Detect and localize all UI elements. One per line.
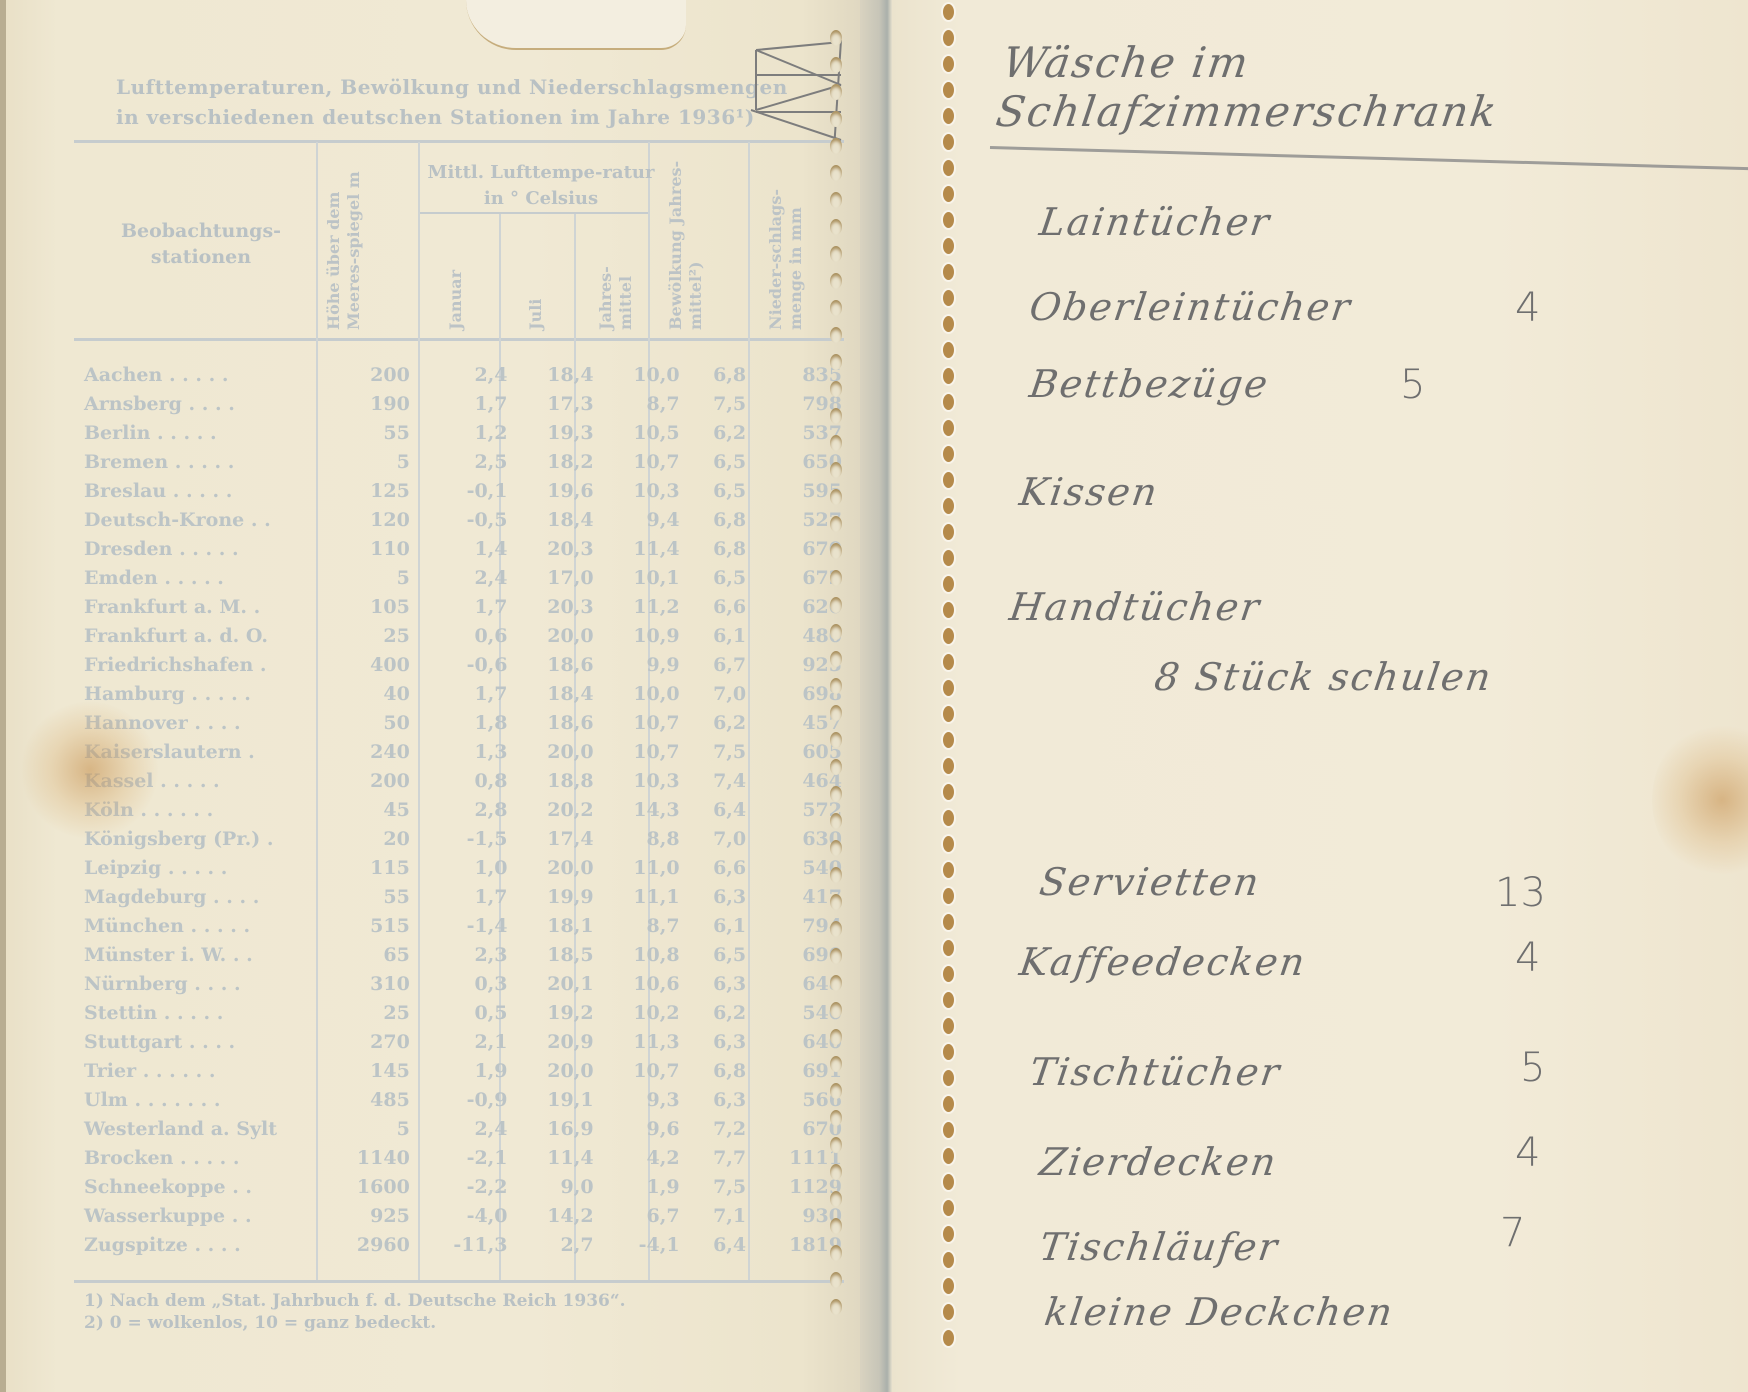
perforation-hole: [943, 1174, 954, 1190]
perforation-hole: [830, 975, 842, 991]
perforation-hole: [830, 651, 842, 667]
july-cell: 9,0: [514, 1172, 600, 1201]
january-cell: 0,5: [416, 998, 514, 1027]
elevation-cell: 110: [320, 534, 416, 563]
list-item: Kaffeedecken: [1017, 940, 1309, 984]
annual-mean-cell: 4,2: [600, 1143, 686, 1172]
perforation-hole: [830, 1029, 842, 1045]
station-cell: Nürnberg . . . .: [78, 969, 320, 998]
perforation-hole: [830, 192, 842, 208]
perforation-hole: [943, 836, 954, 852]
july-cell: 19,3: [514, 418, 600, 447]
elevation-cell: 115: [320, 853, 416, 882]
station-cell: Frankfurt a. M. .: [78, 592, 320, 621]
perforation-hole: [830, 624, 842, 640]
perforation-hole: [943, 888, 954, 904]
july-cell: 18,6: [514, 650, 600, 679]
cloudiness-cell: 6,3: [686, 969, 753, 998]
elevation-cell: 65: [320, 940, 416, 969]
july-cell: 18,4: [514, 505, 600, 534]
perforation-hole: [830, 786, 842, 802]
annual-mean-cell: 10,0: [600, 679, 686, 708]
perforation-hole: [830, 462, 842, 478]
january-cell: 2,4: [416, 1114, 514, 1143]
table-row: Nürnberg . . . .3100,320,110,66,3648: [78, 969, 848, 998]
perforation-hole: [943, 992, 954, 1008]
table-row: Frankfurt a. M. .1051,720,311,26,6620: [78, 592, 848, 621]
annual-mean-cell: 11,0: [600, 853, 686, 882]
list-item-qty: 4: [1515, 935, 1540, 981]
table-row: Frankfurt a. d. O.250,620,010,96,1480: [78, 621, 848, 650]
station-cell: Breslau . . . . .: [78, 476, 320, 505]
annual-mean-cell: 11,4: [600, 534, 686, 563]
elevation-cell: 925: [320, 1201, 416, 1230]
perforation-hole: [943, 4, 954, 20]
perforation-hole: [943, 212, 954, 228]
january-cell: 1,7: [416, 592, 514, 621]
header-annual-mean: Jahres-mittel: [596, 230, 636, 330]
perforation-hole: [830, 1218, 842, 1234]
july-cell: 19,6: [514, 476, 600, 505]
perforation-hole: [943, 1226, 954, 1242]
perforation-hole: [830, 111, 842, 127]
january-cell: 1,3: [416, 737, 514, 766]
perforation-hole: [830, 867, 842, 883]
july-cell: 19,2: [514, 998, 600, 1027]
perforation-hole: [943, 1044, 954, 1060]
cloudiness-cell: 7,2: [686, 1114, 753, 1143]
annual-mean-cell: 9,9: [600, 650, 686, 679]
perforation-hole: [830, 300, 842, 316]
footnote-1: 1) Nach dem „Stat. Jahrbuch f. d. Deutsc…: [84, 1290, 626, 1312]
elevation-cell: 200: [320, 360, 416, 389]
perforation-hole: [943, 1252, 954, 1268]
footnote-2: 2) 0 = wolkenlos, 10 = ganz bedeckt.: [84, 1312, 626, 1334]
elevation-cell: 515: [320, 911, 416, 940]
january-cell: -1,5: [416, 824, 514, 853]
elevation-cell: 55: [320, 882, 416, 911]
perforation-hole: [943, 238, 954, 254]
perforation-hole: [943, 316, 954, 332]
january-cell: 1,0: [416, 853, 514, 882]
table-row: Breslau . . . . .125-0,119,610,36,5595: [78, 476, 848, 505]
station-cell: Trier . . . . . .: [78, 1056, 320, 1085]
perforation-hole: [943, 56, 954, 72]
perforation-hole: [943, 1096, 954, 1112]
perforation-hole: [943, 966, 954, 982]
cloudiness-cell: 6,1: [686, 621, 753, 650]
perforation-hole: [943, 186, 954, 202]
cloudiness-cell: 6,3: [686, 882, 753, 911]
header-top-rule: [74, 140, 844, 143]
perforation-hole: [830, 894, 842, 910]
elevation-cell: 240: [320, 737, 416, 766]
perforation-hole: [943, 602, 954, 618]
table-row: Emden . . . . .52,417,010,16,5672: [78, 563, 848, 592]
cloudiness-cell: 7,0: [686, 824, 753, 853]
list-item: Kissen: [1017, 470, 1162, 514]
cloudiness-cell: 6,5: [686, 563, 753, 592]
annual-mean-cell: -4,1: [600, 1230, 686, 1259]
annual-mean-cell: 14,3: [600, 795, 686, 824]
july-cell: 17,3: [514, 389, 600, 418]
elevation-cell: 25: [320, 621, 416, 650]
perforation-hole: [943, 368, 954, 384]
perforation-right: [940, 0, 956, 1392]
july-cell: 18,2: [514, 447, 600, 476]
perforation-hole: [830, 921, 842, 937]
perforation-hole: [830, 840, 842, 856]
perforation-hole: [943, 160, 954, 176]
annual-mean-cell: 11,2: [600, 592, 686, 621]
january-cell: -0,1: [416, 476, 514, 505]
table-title-line-2: in verschiedenen deutschen Stationen im …: [116, 102, 836, 132]
perforation-hole: [943, 628, 954, 644]
elevation-cell: 400: [320, 650, 416, 679]
station-cell: Wasserkuppe . .: [78, 1201, 320, 1230]
perforation-hole: [943, 732, 954, 748]
list-item-qty: 13: [1495, 870, 1546, 916]
january-cell: 2,3: [416, 940, 514, 969]
station-cell: München . . . . .: [78, 911, 320, 940]
header-elevation: Höhe über dem Meeres-spiegel m: [324, 160, 364, 330]
perforation-hole: [830, 435, 842, 451]
july-cell: 20,3: [514, 592, 600, 621]
list-item: Handtücher: [1007, 585, 1264, 629]
table-row: Dresden . . . . .1101,420,311,46,8670: [78, 534, 848, 563]
elevation-cell: 485: [320, 1085, 416, 1114]
list-item: 8 Stück schulen: [1152, 655, 1495, 699]
elevation-cell: 1600: [320, 1172, 416, 1201]
perforation-hole: [830, 354, 842, 370]
left-page: Lufttemperaturen, Bewölkung und Niedersc…: [0, 0, 870, 1392]
elevation-cell: 45: [320, 795, 416, 824]
cloudiness-cell: 6,5: [686, 447, 753, 476]
perforation-hole: [943, 810, 954, 826]
july-cell: 18,5: [514, 940, 600, 969]
elevation-cell: 2960: [320, 1230, 416, 1259]
july-cell: 17,4: [514, 824, 600, 853]
elevation-cell: 105: [320, 592, 416, 621]
annual-mean-cell: 9,6: [600, 1114, 686, 1143]
annual-mean-cell: 10,3: [600, 476, 686, 505]
annual-mean-cell: 10,2: [600, 998, 686, 1027]
july-cell: 18,4: [514, 679, 600, 708]
station-cell: Emden . . . . .: [78, 563, 320, 592]
cloudiness-cell: 7,1: [686, 1201, 753, 1230]
perforation-hole: [830, 678, 842, 694]
cloudiness-cell: 7,5: [686, 737, 753, 766]
cloudiness-cell: 6,1: [686, 911, 753, 940]
july-cell: 18,8: [514, 766, 600, 795]
elevation-cell: 40: [320, 679, 416, 708]
list-item: Oberleintücher: [1027, 285, 1355, 329]
perforation-hole: [943, 1304, 954, 1320]
elevation-cell: 125: [320, 476, 416, 505]
station-cell: Aachen . . . . .: [78, 360, 320, 389]
perforation-hole: [943, 550, 954, 566]
elevation-cell: 5: [320, 447, 416, 476]
table-row: Stuttgart . . . .2702,120,911,36,3640: [78, 1027, 848, 1056]
perforation-hole: [830, 1299, 842, 1315]
station-cell: Magdeburg . . . .: [78, 882, 320, 911]
january-cell: 2,4: [416, 360, 514, 389]
list-item: Tischtücher: [1027, 1050, 1284, 1094]
table-row: Ulm . . . . . . .485-0,919,19,36,3566: [78, 1085, 848, 1114]
table-row: Deutsch-Krone . .120-0,518,49,46,8527: [78, 505, 848, 534]
perforation-hole: [830, 165, 842, 181]
elevation-cell: 310: [320, 969, 416, 998]
list-item-qty: 4: [1515, 285, 1540, 331]
january-cell: 0,8: [416, 766, 514, 795]
july-cell: 20,2: [514, 795, 600, 824]
perforation-hole: [943, 134, 954, 150]
station-cell: Dresden . . . . .: [78, 534, 320, 563]
perforation-hole: [943, 472, 954, 488]
cloudiness-cell: 7,5: [686, 1172, 753, 1201]
july-cell: 17,0: [514, 563, 600, 592]
perforation-hole: [830, 1083, 842, 1099]
station-cell: Leipzig . . . . .: [78, 853, 320, 882]
table-row: Kaiserslautern .2401,320,010,77,5605: [78, 737, 848, 766]
perforation-hole: [830, 597, 842, 613]
handwritten-heading: Wäsche im Schlafzimmerschrank: [993, 38, 1748, 136]
table-row: Hamburg . . . . .401,718,410,07,0698: [78, 679, 848, 708]
list-item: Bettbezüge: [1027, 362, 1272, 406]
july-cell: 2,7: [514, 1230, 600, 1259]
list-item: kleine Deckchen: [1042, 1290, 1397, 1334]
table-row: Königsberg (Pr.) .20-1,517,48,87,0630: [78, 824, 848, 853]
perforation-hole: [830, 705, 842, 721]
annual-mean-cell: 10,6: [600, 969, 686, 998]
july-cell: 18,6: [514, 708, 600, 737]
cloudiness-cell: 6,5: [686, 940, 753, 969]
cloudiness-cell: 6,3: [686, 1027, 753, 1056]
table-row: Kassel . . . . .2000,818,810,37,4464: [78, 766, 848, 795]
list-item: Tischläufer: [1037, 1225, 1282, 1269]
perforation-hole: [830, 30, 842, 46]
cloudiness-cell: 6,4: [686, 795, 753, 824]
annual-mean-cell: 8,7: [600, 389, 686, 418]
annual-mean-cell: 10,7: [600, 737, 686, 766]
station-cell: Berlin . . . . .: [78, 418, 320, 447]
perforation-hole: [830, 1245, 842, 1261]
cloudiness-cell: 6,3: [686, 1085, 753, 1114]
elevation-cell: 270: [320, 1027, 416, 1056]
table-row: Stettin . . . . .250,519,210,26,2540: [78, 998, 848, 1027]
january-cell: 1,7: [416, 389, 514, 418]
january-cell: -1,4: [416, 911, 514, 940]
cloudiness-cell: 7,7: [686, 1143, 753, 1172]
perforation-hole: [943, 446, 954, 462]
january-cell: 1,7: [416, 882, 514, 911]
station-cell: Brocken . . . . .: [78, 1143, 320, 1172]
table-row: Arnsberg . . . .1901,717,38,77,5798: [78, 389, 848, 418]
adhesive-tape: [466, 0, 686, 50]
annual-mean-cell: 10,0: [600, 360, 686, 389]
header-precipitation: Nieder-schlags-menge in mm: [766, 160, 806, 330]
perforation-hole: [830, 246, 842, 262]
perforation-hole: [943, 1070, 954, 1086]
station-cell: Schneekoppe . .: [78, 1172, 320, 1201]
perforation-hole: [943, 108, 954, 124]
perforation-hole: [943, 1200, 954, 1216]
perforation-hole: [830, 138, 842, 154]
perforation-hole: [943, 394, 954, 410]
january-cell: 1,4: [416, 534, 514, 563]
annual-mean-cell: 10,9: [600, 621, 686, 650]
elevation-cell: 20: [320, 824, 416, 853]
perforation-hole: [943, 1278, 954, 1294]
annual-mean-cell: 8,8: [600, 824, 686, 853]
july-cell: 18,1: [514, 911, 600, 940]
annual-mean-cell: 10,5: [600, 418, 686, 447]
header-temperature-group: Mittl. Lufttempe-ratur in ° Celsius: [426, 160, 656, 212]
climate-table: Aachen . . . . .2002,418,410,06,8835Arns…: [78, 360, 848, 1259]
perforation-hole: [943, 420, 954, 436]
elevation-cell: 1140: [320, 1143, 416, 1172]
perforation-hole: [943, 342, 954, 358]
header-january: Januar: [446, 230, 466, 330]
table-row: Brocken . . . . .1140-2,111,44,27,71111: [78, 1143, 848, 1172]
july-cell: 19,9: [514, 882, 600, 911]
perforation-hole: [943, 1122, 954, 1138]
annual-mean-cell: 1,9: [600, 1172, 686, 1201]
july-cell: 20,0: [514, 621, 600, 650]
perforation-hole: [830, 408, 842, 424]
perforation-hole: [830, 732, 842, 748]
perforation-hole: [830, 1191, 842, 1207]
station-cell: Zugspitze . . . .: [78, 1230, 320, 1259]
footnotes: 1) Nach dem „Stat. Jahrbuch f. d. Deutsc…: [84, 1290, 626, 1334]
july-cell: 14,2: [514, 1201, 600, 1230]
foxing-stain: [1652, 720, 1748, 880]
elevation-cell: 5: [320, 1114, 416, 1143]
header-stations: Beobachtungs-stationen: [96, 218, 306, 270]
book-spine: [860, 0, 892, 1392]
table-row: Köln . . . . . .452,820,214,36,4572: [78, 795, 848, 824]
perforation-hole: [830, 57, 842, 73]
annual-mean-cell: 10,3: [600, 766, 686, 795]
list-item-qty: 4: [1515, 1130, 1540, 1176]
table-row: Wasserkuppe . .925-4,014,26,77,1930: [78, 1201, 848, 1230]
station-cell: Bremen . . . . .: [78, 447, 320, 476]
july-cell: 20,0: [514, 1056, 600, 1085]
list-item-qty: 7: [1500, 1210, 1525, 1256]
perforation-hole: [943, 758, 954, 774]
cloudiness-cell: 6,2: [686, 998, 753, 1027]
cloudiness-cell: 6,7: [686, 650, 753, 679]
perforation-hole: [830, 1272, 842, 1288]
notebook-spread: Lufttemperaturen, Bewölkung und Niedersc…: [0, 0, 1748, 1392]
table-row: Leipzig . . . . .1151,020,011,06,6540: [78, 853, 848, 882]
perforation-left: [828, 30, 844, 1392]
station-cell: Friedrichshafen .: [78, 650, 320, 679]
list-item-qty: 5: [1400, 362, 1425, 408]
perforation-hole: [943, 1148, 954, 1164]
perforation-hole: [943, 654, 954, 670]
january-cell: 0,3: [416, 969, 514, 998]
elevation-cell: 25: [320, 998, 416, 1027]
annual-mean-cell: 8,7: [600, 911, 686, 940]
january-cell: 1,2: [416, 418, 514, 447]
table-row: Westerland a. Sylt52,416,99,67,2670: [78, 1114, 848, 1143]
elevation-cell: 190: [320, 389, 416, 418]
cloudiness-cell: 6,6: [686, 592, 753, 621]
station-cell: Deutsch-Krone . .: [78, 505, 320, 534]
perforation-hole: [830, 759, 842, 775]
perforation-hole: [830, 1002, 842, 1018]
elevation-cell: 200: [320, 766, 416, 795]
annual-mean-cell: 11,1: [600, 882, 686, 911]
july-cell: 19,1: [514, 1085, 600, 1114]
january-cell: 1,7: [416, 679, 514, 708]
perforation-hole: [943, 264, 954, 280]
table-row: Trier . . . . . .1451,920,010,76,8691: [78, 1056, 848, 1085]
perforation-hole: [943, 576, 954, 592]
perforation-hole: [943, 1018, 954, 1034]
perforation-hole: [830, 813, 842, 829]
station-cell: Münster i. W. . .: [78, 940, 320, 969]
list-item: Servietten: [1037, 860, 1263, 904]
january-cell: -2,1: [416, 1143, 514, 1172]
perforation-hole: [830, 1110, 842, 1126]
annual-mean-cell: 10,7: [600, 708, 686, 737]
perforation-hole: [830, 570, 842, 586]
annual-mean-cell: 10,1: [600, 563, 686, 592]
table-row: Schneekoppe . .1600-2,29,01,97,51129: [78, 1172, 848, 1201]
header-july: Juli: [526, 230, 546, 330]
station-cell: Westerland a. Sylt: [78, 1114, 320, 1143]
perforation-hole: [943, 524, 954, 540]
january-cell: -0,9: [416, 1085, 514, 1114]
station-cell: Stuttgart . . . .: [78, 1027, 320, 1056]
table-title: Lufttemperaturen, Bewölkung und Niedersc…: [116, 72, 836, 132]
table-row: Magdeburg . . . .551,719,911,16,3417: [78, 882, 848, 911]
annual-mean-cell: 11,3: [600, 1027, 686, 1056]
perforation-hole: [943, 706, 954, 722]
july-cell: 20,0: [514, 737, 600, 766]
january-cell: -4,0: [416, 1201, 514, 1230]
table-row: Berlin . . . . .551,219,310,56,2537: [78, 418, 848, 447]
january-cell: 2,8: [416, 795, 514, 824]
perforation-hole: [830, 1056, 842, 1072]
cloudiness-cell: 6,8: [686, 1056, 753, 1085]
january-cell: -0,5: [416, 505, 514, 534]
cloudiness-cell: 6,8: [686, 505, 753, 534]
annual-mean-cell: 10,7: [600, 447, 686, 476]
station-cell: Arnsberg . . . .: [78, 389, 320, 418]
july-cell: 11,4: [514, 1143, 600, 1172]
table-row: Hannover . . . .501,818,610,76,2457: [78, 708, 848, 737]
elevation-cell: 50: [320, 708, 416, 737]
january-cell: 1,8: [416, 708, 514, 737]
january-cell: 2,1: [416, 1027, 514, 1056]
elevation-cell: 145: [320, 1056, 416, 1085]
january-cell: -0,6: [416, 650, 514, 679]
july-cell: 18,4: [514, 360, 600, 389]
july-cell: 20,3: [514, 534, 600, 563]
cloudiness-cell: 7,0: [686, 679, 753, 708]
perforation-hole: [943, 784, 954, 800]
annual-mean-cell: 6,7: [600, 1201, 686, 1230]
list-item: Laintücher: [1037, 200, 1274, 244]
annual-mean-cell: 9,3: [600, 1085, 686, 1114]
table-row: München . . . . .515-1,418,18,76,1794: [78, 911, 848, 940]
perforation-hole: [830, 381, 842, 397]
header-cloudiness: Bewölkung Jahres-mittel²): [666, 160, 706, 330]
perforation-hole: [830, 84, 842, 100]
